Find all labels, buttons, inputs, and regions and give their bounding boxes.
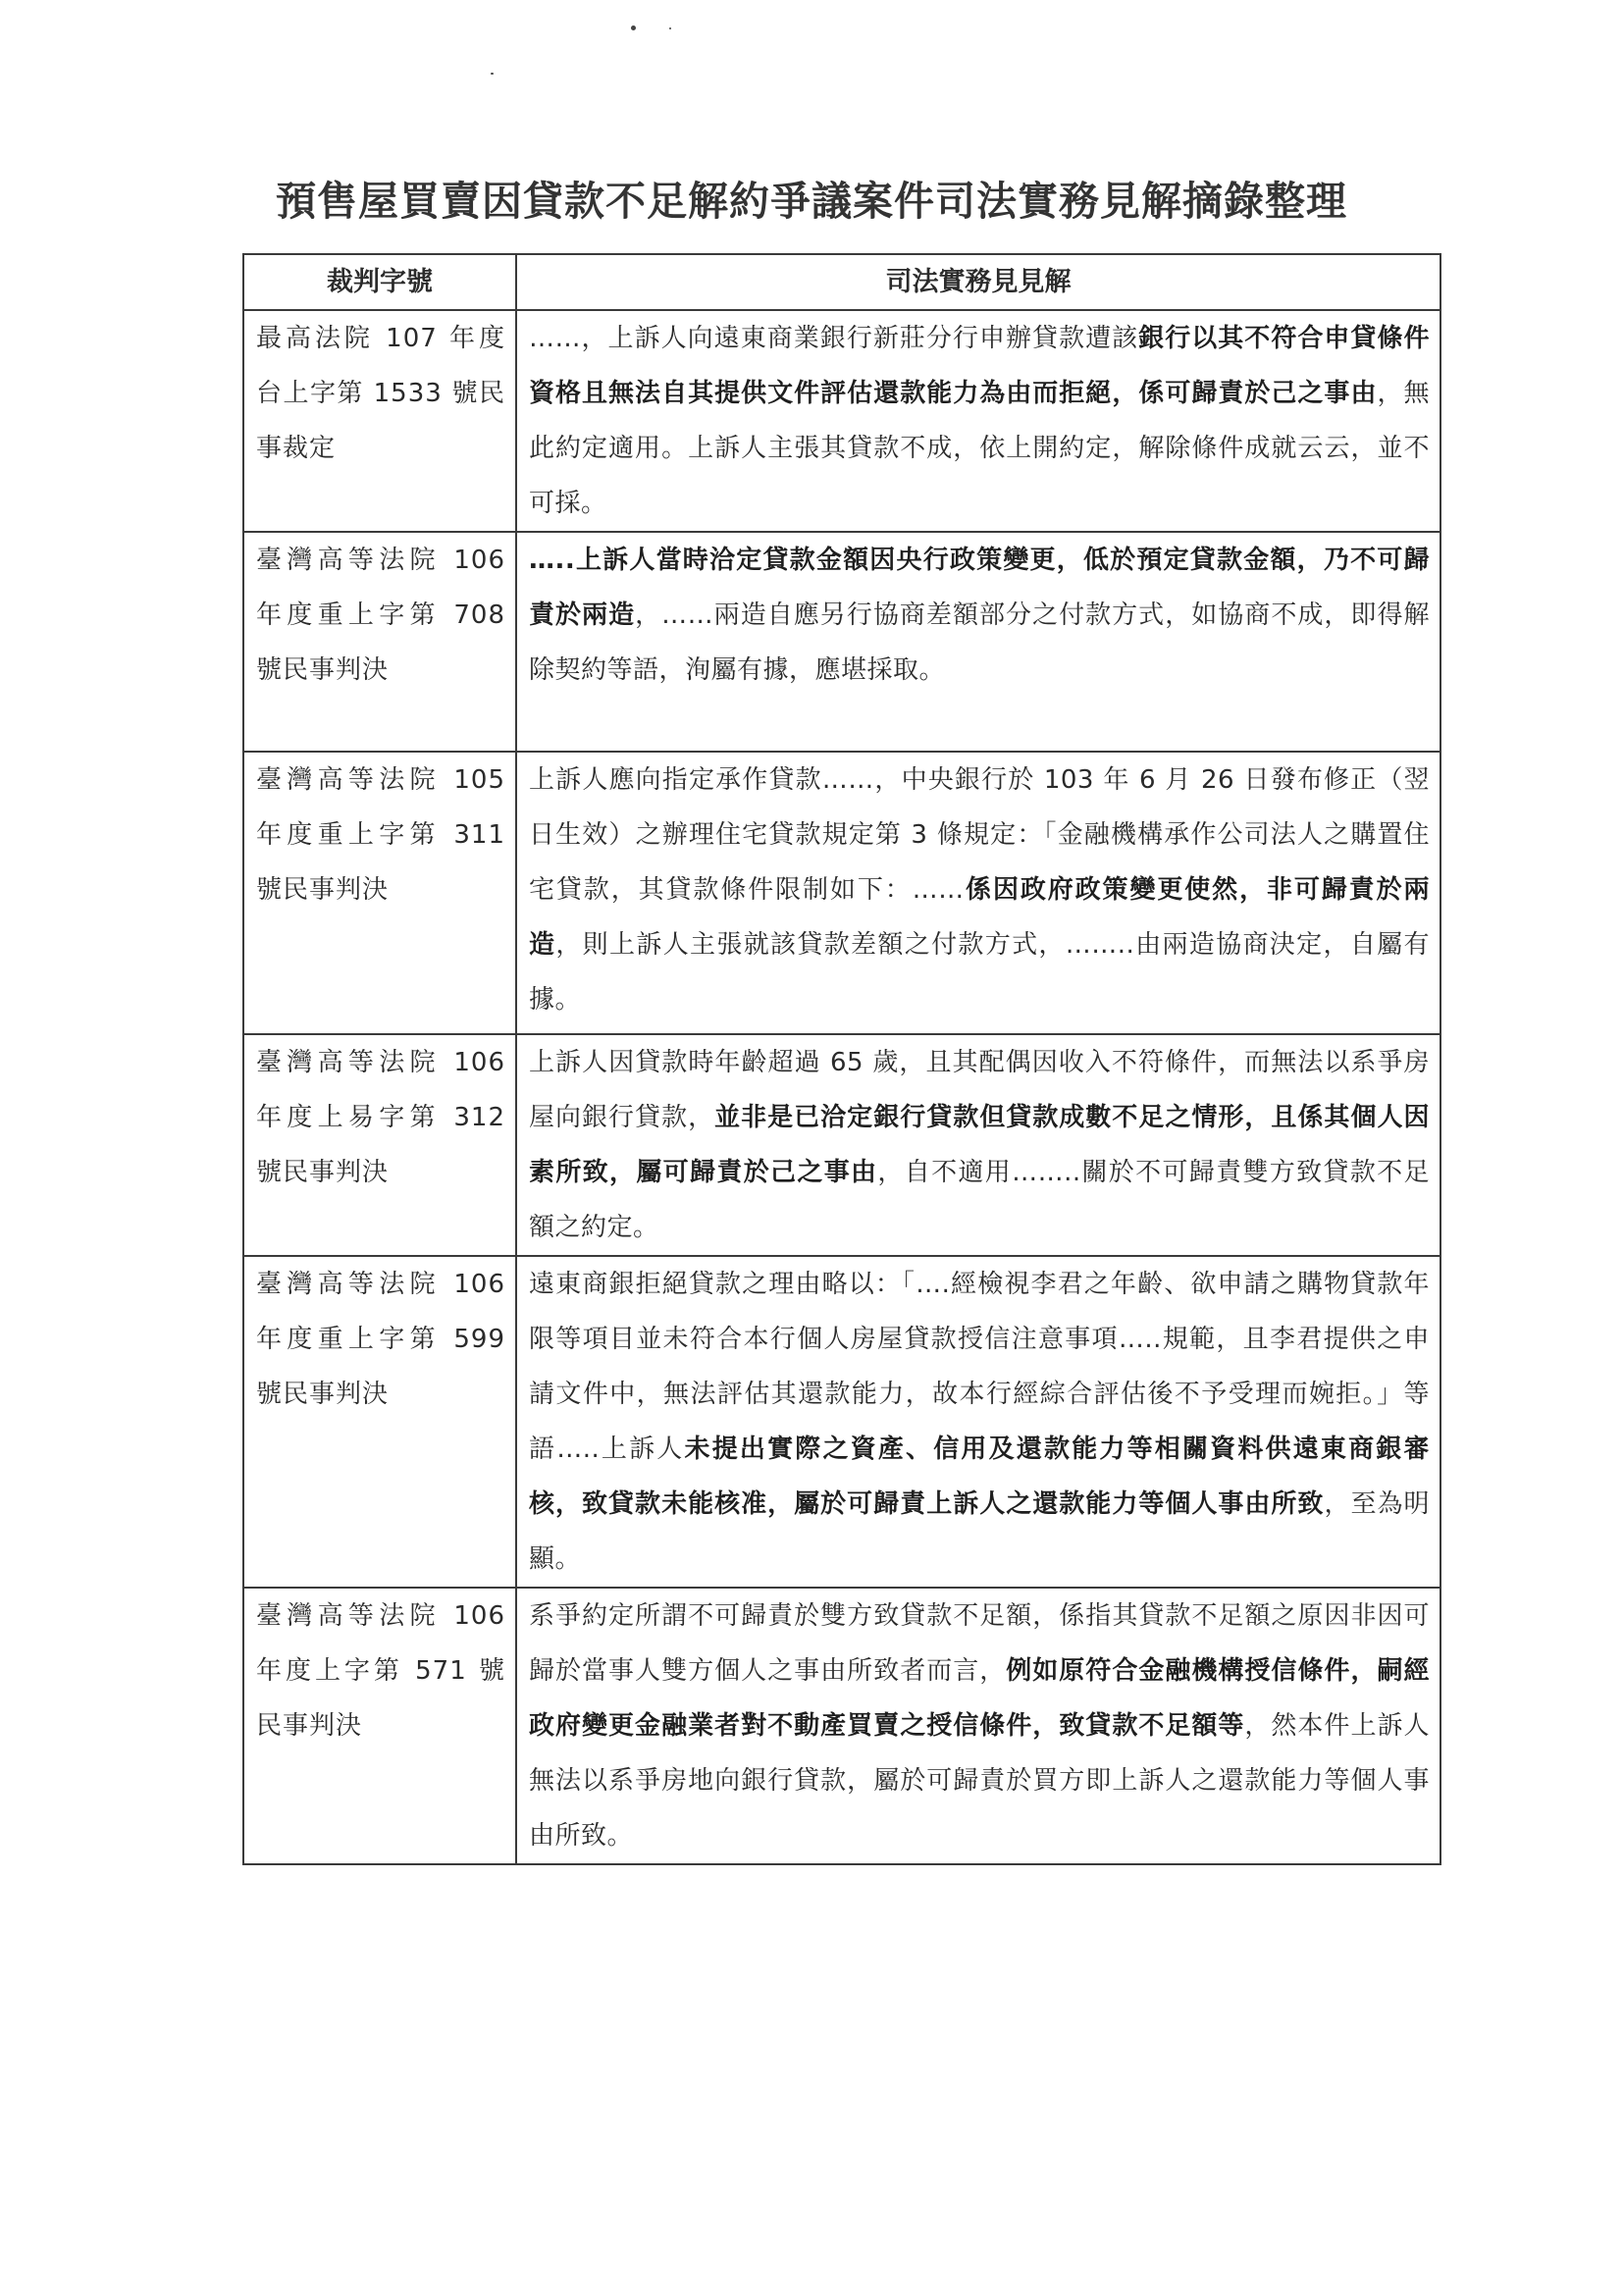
column-header-judicial-opinion: 司法實務見見解 [516,254,1440,310]
table-header-row: 裁判字號 司法實務見見解 [243,254,1440,310]
opinion-text: ，……兩造自應另行協商差額部分之付款方式，如協商不成，即得解除契約等語，洵屬有據… [529,600,1430,685]
opinion-cell: 系爭約定所謂不可歸責於雙方致貸款不足額，係指其貸款不足額之原因非因可歸於當事人雙… [516,1588,1440,1864]
table-row: 臺灣高等法院 106 年度重上字第 599 號民事判決 遠東商銀拒絕貸款之理由略… [243,1256,1440,1588]
table-row: 臺灣高等法院 105 年度重上字第 311 號民事判決 上訴人應向指定承作貸款…… [243,752,1440,1034]
case-number-cell: 臺灣高等法院 106 年度重上字第 708 號民事判決 [243,532,516,752]
scan-speck [631,26,636,30]
scan-speck [491,73,494,75]
opinion-text: ，則上訴人主張就該貸款差額之付款方式，……..由兩造協商決定，自屬有據。 [529,930,1430,1015]
case-number-cell: 最高法院 107 年度台上字第 1533 號民事裁定 [243,310,516,532]
case-number-cell: 臺灣高等法院 105 年度重上字第 311 號民事判決 [243,752,516,1034]
opinion-cell: 上訴人因貸款時年齡超過 65 歲，且其配偶因收入不符條件，而無法以系爭房屋向銀行… [516,1034,1440,1256]
case-number-cell: 臺灣高等法院 106 年度重上字第 599 號民事判決 [243,1256,516,1588]
opinion-text: ……，上訴人向遠東商業銀行新莊分行申辦貸款遭該 [529,324,1138,353]
case-number-cell: 臺灣高等法院 106 年度上易字第 312 號民事判決 [243,1034,516,1256]
scan-speck [669,27,671,29]
table-row: 最高法院 107 年度台上字第 1533 號民事裁定 ……，上訴人向遠東商業銀行… [243,310,1440,532]
opinion-cell: …..上訴人當時洽定貸款金額因央行政策變更，低於預定貸款金額，乃不可歸責於兩造，… [516,532,1440,752]
rulings-table: 裁判字號 司法實務見見解 最高法院 107 年度台上字第 1533 號民事裁定 … [242,253,1441,1865]
table-row: 臺灣高等法院 106 年度上易字第 312 號民事判決 上訴人因貸款時年齡超過 … [243,1034,1440,1256]
column-header-case-number: 裁判字號 [243,254,516,310]
opinion-cell: 上訴人應向指定承作貸款……，中央銀行於 103 年 6 月 26 日發布修正（翌… [516,752,1440,1034]
table-row: 臺灣高等法院 106 年度重上字第 708 號民事判決 …..上訴人當時洽定貸款… [243,532,1440,752]
opinion-cell: 遠東商銀拒絕貸款之理由略以：「….經檢視李君之年齡、欲申請之購物貸款年限等項目並… [516,1256,1440,1588]
case-number-cell: 臺灣高等法院 106 年度上字第 571 號民事判決 [243,1588,516,1864]
opinion-cell: ……，上訴人向遠東商業銀行新莊分行申辦貸款遭該銀行以其不符合申貸條件資格且無法自… [516,310,1440,532]
table-row: 臺灣高等法院 106 年度上字第 571 號民事判決 系爭約定所謂不可歸責於雙方… [243,1588,1440,1864]
document-title: 預售屋買賣因貸款不足解約爭議案件司法實務見解摘錄整理 [0,169,1623,227]
